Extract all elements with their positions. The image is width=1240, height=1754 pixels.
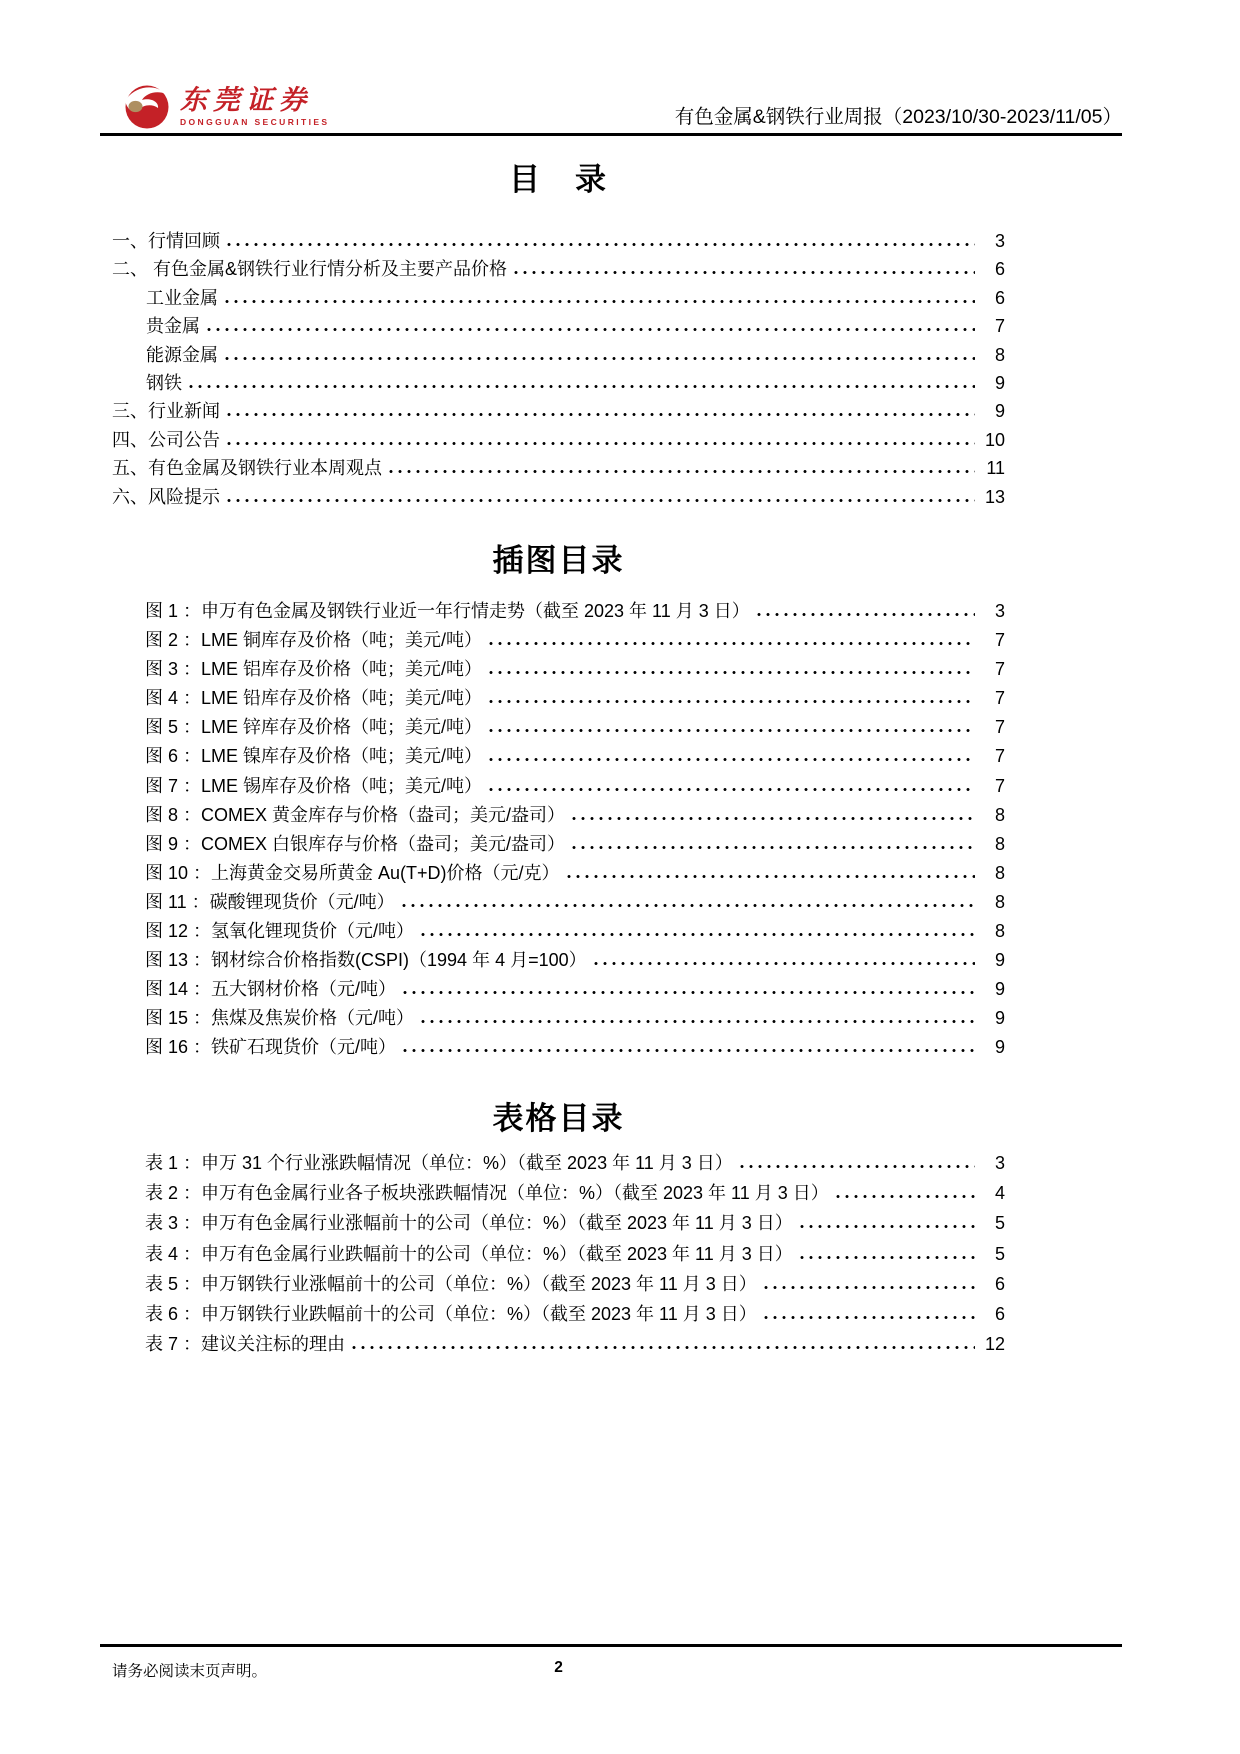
table-entry[interactable]: 表 6 ：申万钢铁行业跌幅前十的公司（单位：%）（截至 2023 年 11 月 … <box>112 1300 1005 1330</box>
toc-entry-page: 9 <box>979 401 1005 422</box>
brand-name-cn: 东莞证券 <box>180 85 330 115</box>
tables-list: 表 1 ：申万 31 个行业涨跌幅情况（单位：%）（截至 2023 年 11 月… <box>112 1149 1005 1360</box>
toc-entry[interactable]: 工业金属 6 <box>112 284 1005 312</box>
figure-entry-page: 8 <box>979 921 1005 942</box>
dot-leader <box>567 874 975 879</box>
figure-entry-label: 图 11 ：碳酸锂现货价（元/吨） <box>145 888 395 914</box>
figure-entry[interactable]: 图 13 ：钢材综合价格指数(CSPI)（1994 年 4 月=100） 9 <box>112 946 1005 975</box>
figure-entry[interactable]: 图 1 ：申万有色金属及钢铁行业近一年行情走势（截至 2023 年 11 月 3… <box>112 597 1005 626</box>
report-title: 有色金属&钢铁行业周报（2023/10/30-2023/11/05） <box>675 101 1122 129</box>
figure-entry-label: 图 6 ：LME 镍库存及价格（吨；美元/吨） <box>145 742 482 768</box>
toc-entry-label: 二、 有色金属&钢铁行业行情分析及主要产品价格 <box>112 255 507 281</box>
dot-leader <box>800 1255 975 1260</box>
table-entry[interactable]: 表 7 ：建议关注标的理由 12 <box>112 1330 1005 1360</box>
toc-entry[interactable]: 一、行情回顾 3 <box>112 227 1005 255</box>
header-rule <box>100 133 1122 136</box>
toc-entry[interactable]: 能源金属 8 <box>112 341 1005 369</box>
table-entry[interactable]: 表 4 ：申万有色金属行业跌幅前十的公司（单位：%）（截至 2023 年 11 … <box>112 1240 1005 1270</box>
dot-leader <box>421 1019 975 1024</box>
dot-leader <box>572 816 975 821</box>
figure-entry-page: 7 <box>979 688 1005 709</box>
toc-entry-label: 贵金属 <box>146 312 200 338</box>
table-entry-label: 表 5 ：申万钢铁行业涨幅前十的公司（单位：%）（截至 2023 年 11 月 … <box>145 1270 757 1296</box>
dot-leader <box>227 441 975 446</box>
dot-leader <box>740 1164 975 1169</box>
dot-leader <box>227 242 975 247</box>
dot-leader <box>421 932 975 937</box>
dot-leader <box>207 327 975 332</box>
figure-entry[interactable]: 图 4 ：LME 铅库存及价格（吨；美元/吨） 7 <box>112 684 1005 713</box>
figure-entry[interactable]: 图 3 ：LME 铝库存及价格（吨；美元/吨） 7 <box>112 655 1005 684</box>
dot-leader <box>389 469 975 474</box>
toc-entry[interactable]: 贵金属 7 <box>112 312 1005 340</box>
toc-entry-page: 8 <box>979 345 1005 366</box>
figure-entry-page: 9 <box>979 1037 1005 1058</box>
figure-entry-label: 图 8 ：COMEX 黄金库存与价格（盎司；美元/盎司） <box>145 801 565 827</box>
toc-entry-page: 7 <box>979 316 1005 337</box>
figure-entry-label: 图 3 ：LME 铝库存及价格（吨；美元/吨） <box>145 655 482 681</box>
tables-heading: 表格目录 <box>112 1093 1005 1138</box>
toc-entry-label: 工业金属 <box>146 284 218 310</box>
figure-entry-page: 8 <box>979 834 1005 855</box>
table-entry-label: 表 6 ：申万钢铁行业跌幅前十的公司（单位：%）（截至 2023 年 11 月 … <box>145 1300 757 1326</box>
toc-entry-page: 6 <box>979 259 1005 280</box>
figure-entry-label: 图 1 ：申万有色金属及钢铁行业近一年行情走势（截至 2023 年 11 月 3… <box>145 597 750 623</box>
dot-leader <box>594 961 975 966</box>
dot-leader <box>764 1285 975 1290</box>
company-logo: 东莞证券 DONGGUAN SECURITIES <box>122 80 330 132</box>
dot-leader <box>757 612 975 617</box>
table-entry-label: 表 7 ：建议关注标的理由 <box>145 1330 345 1356</box>
table-entry-page: 6 <box>979 1274 1005 1295</box>
dot-leader <box>514 270 975 275</box>
dot-leader <box>352 1345 975 1350</box>
toc-entry-page: 6 <box>979 288 1005 309</box>
toc-entry-page: 13 <box>979 487 1005 508</box>
figure-entry-page: 7 <box>979 717 1005 738</box>
table-entry-page: 5 <box>979 1213 1005 1234</box>
figure-entry[interactable]: 图 10 ：上海黄金交易所黄金 Au(T+D)价格（元/克） 8 <box>112 859 1005 888</box>
figure-entry-page: 9 <box>979 950 1005 971</box>
figure-entry[interactable]: 图 9 ：COMEX 白银库存与价格（盎司；美元/盎司） 8 <box>112 830 1005 859</box>
figure-entry-page: 8 <box>979 805 1005 826</box>
figure-entry[interactable]: 图 2 ：LME 铜库存及价格（吨；美元/吨） 7 <box>112 626 1005 655</box>
table-entry-page: 12 <box>979 1334 1005 1355</box>
figure-entry-label: 图 10 ：上海黄金交易所黄金 Au(T+D)价格（元/克） <box>145 859 560 885</box>
toc-entry[interactable]: 四、公司公告 10 <box>112 426 1005 454</box>
figure-entry-label: 图 4 ：LME 铅库存及价格（吨；美元/吨） <box>145 684 482 710</box>
figure-entry-page: 8 <box>979 892 1005 913</box>
table-entry[interactable]: 表 5 ：申万钢铁行业涨幅前十的公司（单位：%）（截至 2023 年 11 月 … <box>112 1270 1005 1300</box>
table-entry-page: 6 <box>979 1304 1005 1325</box>
dot-leader <box>572 845 975 850</box>
figure-entry-label: 图 2 ：LME 铜库存及价格（吨；美元/吨） <box>145 626 482 652</box>
toc-entry-label: 三、行业新闻 <box>112 397 220 423</box>
table-entry[interactable]: 表 2 ：申万有色金属行业各子板块涨跌幅情况（单位：%）（截至 2023 年 1… <box>112 1179 1005 1209</box>
figure-entry[interactable]: 图 7 ：LME 锡库存及价格（吨；美元/吨） 7 <box>112 772 1005 801</box>
dot-leader <box>489 641 975 646</box>
logo-icon <box>122 80 172 132</box>
table-entry-label: 表 2 ：申万有色金属行业各子板块涨跌幅情况（单位：%）（截至 2023 年 1… <box>145 1179 829 1205</box>
table-entry-label: 表 3 ：申万有色金属行业涨幅前十的公司（单位：%）（截至 2023 年 11 … <box>145 1209 793 1235</box>
figure-entry-label: 图 9 ：COMEX 白银库存与价格（盎司；美元/盎司） <box>145 830 565 856</box>
toc-entry[interactable]: 六、风险提示 13 <box>112 483 1005 511</box>
figure-entry-label: 图 14 ：五大钢材价格（元/吨） <box>145 975 396 1001</box>
table-entry-label: 表 1 ：申万 31 个行业涨跌幅情况（单位：%）（截至 2023 年 11 月… <box>145 1149 733 1175</box>
figure-entry[interactable]: 图 11 ：碳酸锂现货价（元/吨） 8 <box>112 888 1005 917</box>
toc-entry[interactable]: 三、行业新闻 9 <box>112 397 1005 425</box>
figure-entry-page: 9 <box>979 979 1005 1000</box>
dot-leader <box>225 299 975 304</box>
toc-entry-label: 四、公司公告 <box>112 426 220 452</box>
figure-entry[interactable]: 图 12 ：氢氧化锂现货价（元/吨） 8 <box>112 917 1005 946</box>
dot-leader <box>227 412 975 417</box>
dot-leader <box>836 1194 975 1199</box>
dot-leader <box>227 498 975 503</box>
toc-entry[interactable]: 五、有色金属及钢铁行业本周观点 11 <box>112 454 1005 482</box>
table-entry-page: 4 <box>979 1183 1005 1204</box>
dot-leader <box>189 384 975 389</box>
dot-leader <box>403 1048 975 1053</box>
toc-list: 一、行情回顾 3 二、 有色金属&钢铁行业行情分析及主要产品价格 6 工业金属 … <box>112 227 1005 511</box>
dot-leader <box>800 1224 975 1229</box>
figures-heading: 插图目录 <box>112 535 1005 580</box>
footer-rule <box>100 1644 1122 1647</box>
toc-entry-label: 钢铁 <box>146 369 182 395</box>
figure-entry-page: 8 <box>979 863 1005 884</box>
figure-entry-label: 图 7 ：LME 锡库存及价格（吨；美元/吨） <box>145 772 482 798</box>
toc-heading: 目 录 <box>112 154 1005 199</box>
figure-entry-label: 图 12 ：氢氧化锂现货价（元/吨） <box>145 917 414 943</box>
dot-leader <box>403 990 975 995</box>
figure-entry[interactable]: 图 15 ：焦煤及焦炭价格（元/吨） 9 <box>112 1004 1005 1033</box>
dot-leader <box>402 903 975 908</box>
figure-entry-label: 图 5 ：LME 锌库存及价格（吨；美元/吨） <box>145 713 482 739</box>
table-entry-page: 5 <box>979 1244 1005 1265</box>
figure-entry-label: 图 15 ：焦煤及焦炭价格（元/吨） <box>145 1004 414 1030</box>
dot-leader <box>489 699 975 704</box>
toc-entry[interactable]: 二、 有色金属&钢铁行业行情分析及主要产品价格 6 <box>112 255 1005 283</box>
figure-entry-page: 7 <box>979 630 1005 651</box>
table-entry-label: 表 4 ：申万有色金属行业跌幅前十的公司（单位：%）（截至 2023 年 11 … <box>145 1240 793 1266</box>
table-entry[interactable]: 表 3 ：申万有色金属行业涨幅前十的公司（单位：%）（截至 2023 年 11 … <box>112 1209 1005 1239</box>
toc-entry-label: 五、有色金属及钢铁行业本周观点 <box>112 454 382 480</box>
toc-entry-page: 10 <box>979 430 1005 451</box>
document-page: 东莞证券 DONGGUAN SECURITIES 有色金属&钢铁行业周报（202… <box>0 0 1240 1754</box>
table-entry-page: 3 <box>979 1153 1005 1174</box>
dot-leader <box>489 728 975 733</box>
figure-entry[interactable]: 图 16 ：铁矿石现货价（元/吨） 9 <box>112 1033 1005 1062</box>
dot-leader <box>764 1315 975 1320</box>
toc-entry-label: 一、行情回顾 <box>112 227 220 253</box>
figure-entry-page: 7 <box>979 746 1005 767</box>
toc-entry-label: 能源金属 <box>146 341 218 367</box>
figure-entry[interactable]: 图 14 ：五大钢材价格（元/吨） 9 <box>112 975 1005 1004</box>
figure-entry[interactable]: 图 5 ：LME 锌库存及价格（吨；美元/吨） 7 <box>112 713 1005 742</box>
figure-entry[interactable]: 图 6 ：LME 镍库存及价格（吨；美元/吨） 7 <box>112 742 1005 771</box>
toc-entry-page: 3 <box>979 231 1005 252</box>
toc-entry[interactable]: 钢铁 9 <box>112 369 1005 397</box>
dot-leader <box>489 757 975 762</box>
toc-entry-page: 11 <box>979 458 1005 479</box>
dot-leader <box>225 356 975 361</box>
figures-list: 图 1 ：申万有色金属及钢铁行业近一年行情走势（截至 2023 年 11 月 3… <box>112 597 1005 1063</box>
figure-entry-page: 9 <box>979 1008 1005 1029</box>
figure-entry-page: 7 <box>979 776 1005 797</box>
brand-name-en: DONGGUAN SECURITIES <box>180 117 330 127</box>
figure-entry-label: 图 16 ：铁矿石现货价（元/吨） <box>145 1033 396 1059</box>
toc-entry-label: 六、风险提示 <box>112 483 220 509</box>
figure-entry[interactable]: 图 8 ：COMEX 黄金库存与价格（盎司；美元/盎司） 8 <box>112 801 1005 830</box>
table-entry[interactable]: 表 1 ：申万 31 个行业涨跌幅情况（单位：%）（截至 2023 年 11 月… <box>112 1149 1005 1179</box>
footer-page-number: 2 <box>112 1659 1005 1677</box>
figure-entry-label: 图 13 ：钢材综合价格指数(CSPI)（1994 年 4 月=100） <box>145 946 587 972</box>
figure-entry-page: 7 <box>979 659 1005 680</box>
dot-leader <box>489 670 975 675</box>
toc-entry-page: 9 <box>979 373 1005 394</box>
dot-leader <box>489 787 975 792</box>
figure-entry-page: 3 <box>979 601 1005 622</box>
logo-text: 东莞证券 DONGGUAN SECURITIES <box>180 85 330 127</box>
